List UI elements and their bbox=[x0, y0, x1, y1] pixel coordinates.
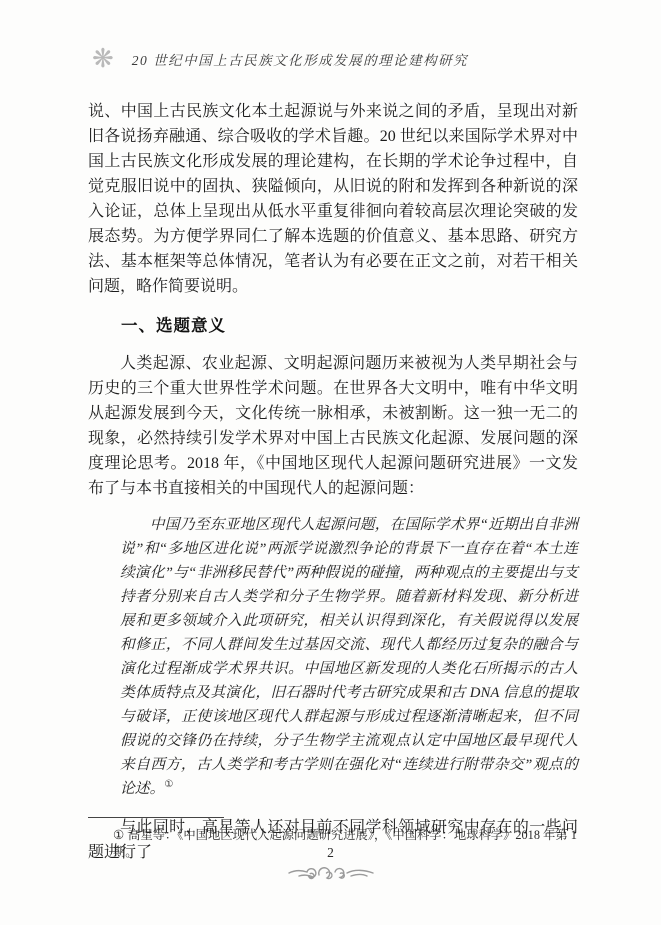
footnote-marker: ① bbox=[113, 828, 124, 842]
page-footer: 2 bbox=[0, 845, 661, 882]
snowflake-ornament-icon: ❋ bbox=[92, 44, 114, 74]
running-header: ❋ 20 世纪中国上古民族文化形成发展的理论建构研究 bbox=[88, 44, 577, 74]
block-quote: 中国乃至东亚地区现代人起源问题，在国际学术界“近期出自非洲说”和“多地区进化说”… bbox=[120, 513, 578, 801]
footnote-divider bbox=[88, 817, 224, 818]
page-body: 说、中国上古民族文化本土起源说与外来说之间的矛盾，呈现出对新旧各说扬弃融通、综合… bbox=[88, 99, 578, 865]
cloud-flourish-icon bbox=[285, 862, 377, 882]
footnote-reference-mark: ① bbox=[164, 779, 173, 790]
section-heading: 一、选题意义 bbox=[88, 312, 578, 336]
quote-text: 中国乃至东亚地区现代人起源问题，在国际学术界“近期出自非洲说”和“多地区进化说”… bbox=[120, 517, 578, 797]
paragraph-intro: 说、中国上古民族文化本土起源说与外来说之间的矛盾，呈现出对新旧各说扬弃融通、综合… bbox=[88, 99, 578, 299]
book-page: ❋ 20 世纪中国上古民族文化形成发展的理论建构研究 说、中国上古民族文化本土起… bbox=[0, 0, 661, 925]
running-head-title: 20 世纪中国上古民族文化形成发展的理论建构研究 bbox=[132, 49, 468, 69]
page-number: 2 bbox=[0, 845, 661, 861]
paragraph-significance: 人类起源、农业起源、文明起源问题历来被视为人类早期社会与历史的三个重大世界性学术… bbox=[88, 351, 578, 501]
